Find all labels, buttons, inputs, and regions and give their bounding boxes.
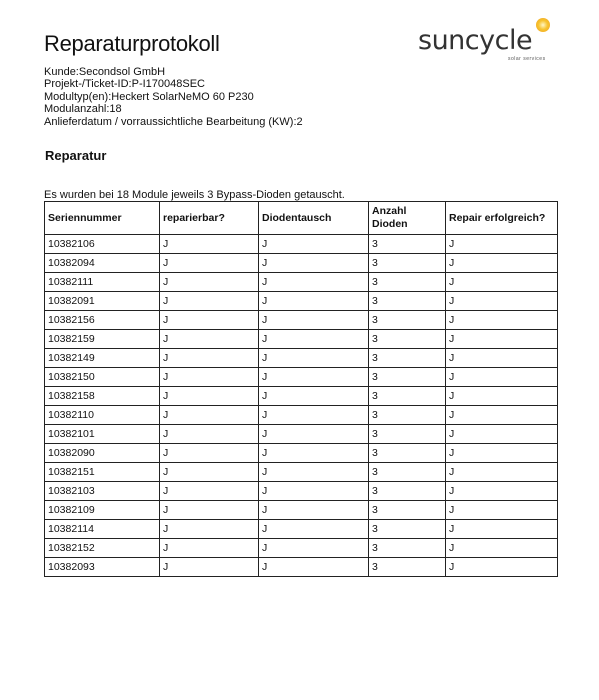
header-diode-swap: Diodentausch xyxy=(259,202,369,235)
cell-diode-count: 3 xyxy=(369,368,446,387)
cell-repairable: J xyxy=(160,520,259,539)
cell-repair-success: J xyxy=(446,463,558,482)
cell-repair-success: J xyxy=(446,501,558,520)
cell-diode-count: 3 xyxy=(369,349,446,368)
table-row: 10382111JJ3J xyxy=(45,273,558,292)
header-diode-count: Anzahl Dioden xyxy=(369,202,446,235)
cell-diode-count: 3 xyxy=(369,425,446,444)
cell-serial: 10382109 xyxy=(45,501,160,520)
cell-diode-swap: J xyxy=(259,558,369,577)
cell-diode-count: 3 xyxy=(369,311,446,330)
header-serial: Seriennummer xyxy=(45,202,160,235)
table-row: 10382109JJ3J xyxy=(45,501,558,520)
table-row: 10382103JJ3J xyxy=(45,482,558,501)
cell-diode-swap: J xyxy=(259,520,369,539)
cell-repairable: J xyxy=(160,425,259,444)
cell-diode-swap: J xyxy=(259,387,369,406)
cell-serial: 10382090 xyxy=(45,444,160,463)
table-row: 10382150JJ3J xyxy=(45,368,558,387)
cell-repairable: J xyxy=(160,349,259,368)
cell-repair-success: J xyxy=(446,273,558,292)
suncycle-logo: suncycle solar services xyxy=(418,18,553,63)
cell-diode-count: 3 xyxy=(369,235,446,254)
cell-diode-swap: J xyxy=(259,330,369,349)
cell-repairable: J xyxy=(160,406,259,425)
cell-diode-swap: J xyxy=(259,482,369,501)
cell-diode-count: 3 xyxy=(369,463,446,482)
cell-diode-swap: J xyxy=(259,501,369,520)
cell-diode-count: 3 xyxy=(369,406,446,425)
cell-repair-success: J xyxy=(446,425,558,444)
cell-repairable: J xyxy=(160,387,259,406)
cell-diode-count: 3 xyxy=(369,292,446,311)
document-meta: Kunde:Secondsol GmbH Projekt-/Ticket-ID:… xyxy=(44,66,303,128)
cell-repairable: J xyxy=(160,235,259,254)
table-row: 10382090JJ3J xyxy=(45,444,558,463)
cell-diode-swap: J xyxy=(259,425,369,444)
cell-repair-success: J xyxy=(446,539,558,558)
cell-serial: 10382114 xyxy=(45,520,160,539)
cell-serial: 10382093 xyxy=(45,558,160,577)
cell-repair-success: J xyxy=(446,444,558,463)
table-row: 10382152JJ3J xyxy=(45,539,558,558)
cell-diode-count: 3 xyxy=(369,444,446,463)
cell-diode-count: 3 xyxy=(369,273,446,292)
cell-serial: 10382159 xyxy=(45,330,160,349)
cell-serial: 10382150 xyxy=(45,368,160,387)
cell-repair-success: J xyxy=(446,254,558,273)
cell-repair-success: J xyxy=(446,482,558,501)
cell-diode-swap: J xyxy=(259,235,369,254)
table-row: 10382106JJ3J xyxy=(45,235,558,254)
meta-delivery-week: Anlieferdatum / vorraussichtliche Bearbe… xyxy=(44,116,303,128)
cell-serial: 10382094 xyxy=(45,254,160,273)
cell-repairable: J xyxy=(160,463,259,482)
cell-serial: 10382156 xyxy=(45,311,160,330)
cell-repair-success: J xyxy=(446,311,558,330)
cell-diode-count: 3 xyxy=(369,254,446,273)
cell-serial: 10382101 xyxy=(45,425,160,444)
cell-repairable: J xyxy=(160,501,259,520)
cell-repair-success: J xyxy=(446,406,558,425)
cell-diode-count: 3 xyxy=(369,501,446,520)
cell-repairable: J xyxy=(160,254,259,273)
cell-repair-success: J xyxy=(446,520,558,539)
cell-repair-success: J xyxy=(446,349,558,368)
document-title: Reparaturprotokoll xyxy=(44,31,220,57)
cell-diode-swap: J xyxy=(259,406,369,425)
table-row: 10382149JJ3J xyxy=(45,349,558,368)
meta-customer: Kunde:Secondsol GmbH xyxy=(44,66,303,78)
table-row: 10382110JJ3J xyxy=(45,406,558,425)
table-row: 10382101JJ3J xyxy=(45,425,558,444)
cell-serial: 10382152 xyxy=(45,539,160,558)
cell-serial: 10382103 xyxy=(45,482,160,501)
cell-serial: 10382149 xyxy=(45,349,160,368)
cell-repair-success: J xyxy=(446,368,558,387)
header-repairable: reparierbar? xyxy=(160,202,259,235)
cell-diode-count: 3 xyxy=(369,539,446,558)
cell-repairable: J xyxy=(160,558,259,577)
cell-serial: 10382106 xyxy=(45,235,160,254)
meta-ticket-id: Projekt-/Ticket-ID:P-I170048SEC xyxy=(44,78,303,90)
section-title: Reparatur xyxy=(45,148,106,163)
table-row: 10382156JJ3J xyxy=(45,311,558,330)
table-row: 10382159JJ3J xyxy=(45,330,558,349)
cell-diode-count: 3 xyxy=(369,558,446,577)
cell-diode-swap: J xyxy=(259,444,369,463)
cell-serial: 10382151 xyxy=(45,463,160,482)
cell-diode-swap: J xyxy=(259,463,369,482)
cell-diode-count: 3 xyxy=(369,482,446,501)
cell-repair-success: J xyxy=(446,330,558,349)
cell-repairable: J xyxy=(160,482,259,501)
cell-diode-swap: J xyxy=(259,254,369,273)
meta-module-count: Modulanzahl:18 xyxy=(44,103,303,115)
table-row: 10382151JJ3J xyxy=(45,463,558,482)
cell-diode-count: 3 xyxy=(369,387,446,406)
cell-repairable: J xyxy=(160,311,259,330)
cell-diode-swap: J xyxy=(259,368,369,387)
cell-diode-swap: J xyxy=(259,539,369,558)
cell-diode-count: 3 xyxy=(369,520,446,539)
cell-diode-swap: J xyxy=(259,273,369,292)
table-row: 10382094JJ3J xyxy=(45,254,558,273)
cell-repairable: J xyxy=(160,292,259,311)
table-row: 10382093JJ3J xyxy=(45,558,558,577)
cell-serial: 10382158 xyxy=(45,387,160,406)
cell-diode-swap: J xyxy=(259,292,369,311)
cell-diode-swap: J xyxy=(259,311,369,330)
cell-diode-count: 3 xyxy=(369,330,446,349)
cell-serial: 10382091 xyxy=(45,292,160,311)
cell-repair-success: J xyxy=(446,558,558,577)
cell-diode-swap: J xyxy=(259,349,369,368)
table-header-row: Seriennummer reparierbar? Diodentausch A… xyxy=(45,202,558,235)
table-row: 10382158JJ3J xyxy=(45,387,558,406)
cell-repair-success: J xyxy=(446,292,558,311)
logo-tagline: solar services xyxy=(508,56,546,62)
cell-repairable: J xyxy=(160,273,259,292)
cell-repairable: J xyxy=(160,444,259,463)
table-row: 10382114JJ3J xyxy=(45,520,558,539)
meta-module-type: Modultyp(en):Heckert SolarNeMO 60 P230 xyxy=(44,91,303,103)
sun-icon xyxy=(536,18,550,32)
cell-serial: 10382110 xyxy=(45,406,160,425)
cell-repair-success: J xyxy=(446,387,558,406)
cell-repairable: J xyxy=(160,368,259,387)
header-repair-success: Repair erfolgreich? xyxy=(446,202,558,235)
cell-repair-success: J xyxy=(446,235,558,254)
cell-repairable: J xyxy=(160,539,259,558)
cell-repairable: J xyxy=(160,330,259,349)
logo-wordmark: suncycle xyxy=(418,25,532,56)
cell-serial: 10382111 xyxy=(45,273,160,292)
repair-table: Seriennummer reparierbar? Diodentausch A… xyxy=(44,201,558,577)
intro-text: Es wurden bei 18 Module jeweils 3 Bypass… xyxy=(44,189,345,201)
table-row: 10382091JJ3J xyxy=(45,292,558,311)
